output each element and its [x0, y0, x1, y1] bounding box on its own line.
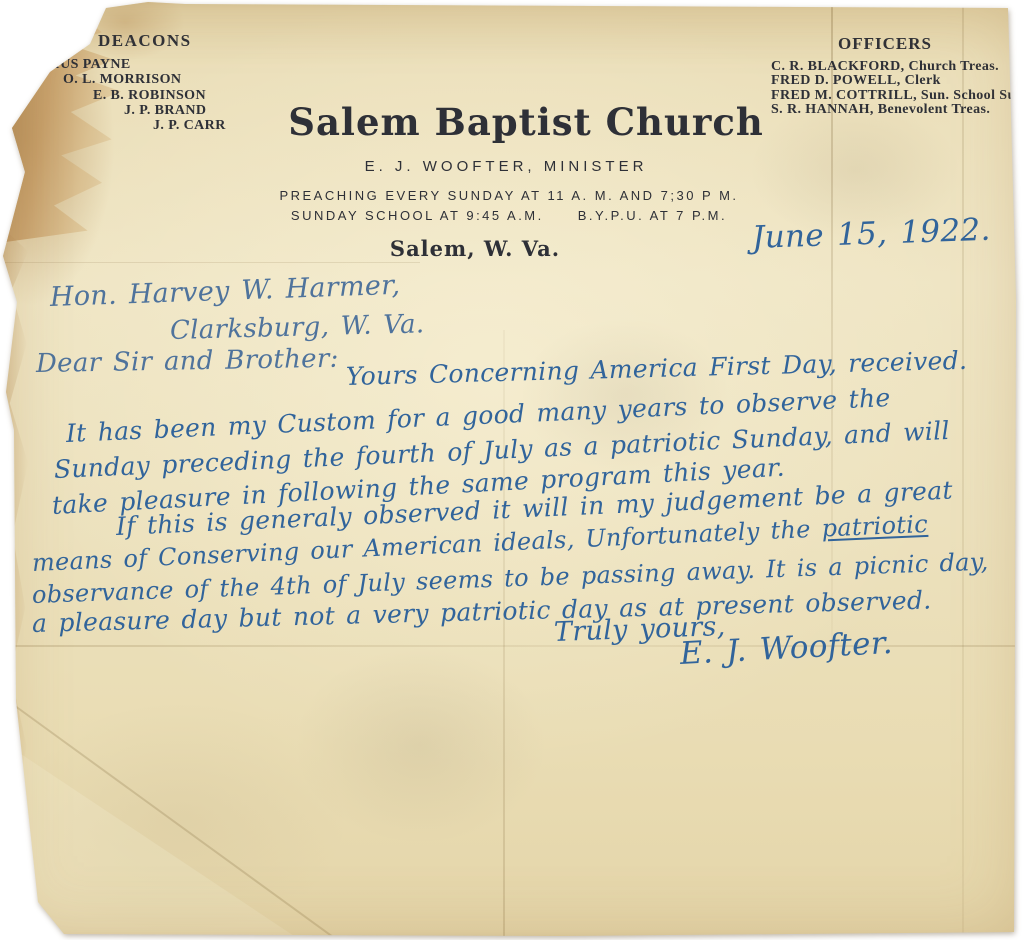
deacons-heading: DEACONS: [98, 31, 192, 51]
underlined-word-patriotic: patriotic: [821, 510, 929, 543]
officer-name: FRED D. POWELL, Clerk: [771, 73, 941, 89]
schedule-line-2a: SUNDAY SCHOOL AT 9:45 A.M.: [291, 208, 544, 223]
recipient-city-line: Clarksburg, W. Va.: [170, 309, 425, 346]
schedule-line-2b: B.Y.P.U. AT 7 P.M.: [578, 208, 727, 223]
minister-line: E. J. WOOFTER, MINISTER: [0, 158, 1012, 175]
schedule-line-1: PREACHING EVERY SUNDAY AT 11 A. M. AND 7…: [0, 188, 1018, 203]
deacon-name: O. L. MORRISON: [63, 72, 181, 88]
fold-crease-horizontal-faint: [0, 262, 420, 263]
fold-crease-diagonal-bottom-left: [0, 688, 340, 940]
handwritten-date: June 15, 1922.: [751, 212, 991, 256]
recipient-name-line: Hon. Harvey W. Harmer,: [49, 270, 400, 313]
church-name-masthead: Salem Baptist Church: [0, 100, 1024, 144]
officers-heading: OFFICERS: [838, 34, 932, 54]
paper-shadow-wrap: DEACONS ENIUS PAYNE O. L. MORRISON E. B.…: [0, 0, 1024, 940]
salutation-line: Dear Sir and Brother:: [36, 344, 339, 379]
torn-edge-left: [0, 225, 28, 885]
scanned-letter-page: DEACONS ENIUS PAYNE O. L. MORRISON E. B.…: [0, 0, 1024, 940]
letter-paper: DEACONS ENIUS PAYNE O. L. MORRISON E. B.…: [0, 0, 1024, 940]
deacon-name: ENIUS PAYNE: [34, 57, 131, 73]
